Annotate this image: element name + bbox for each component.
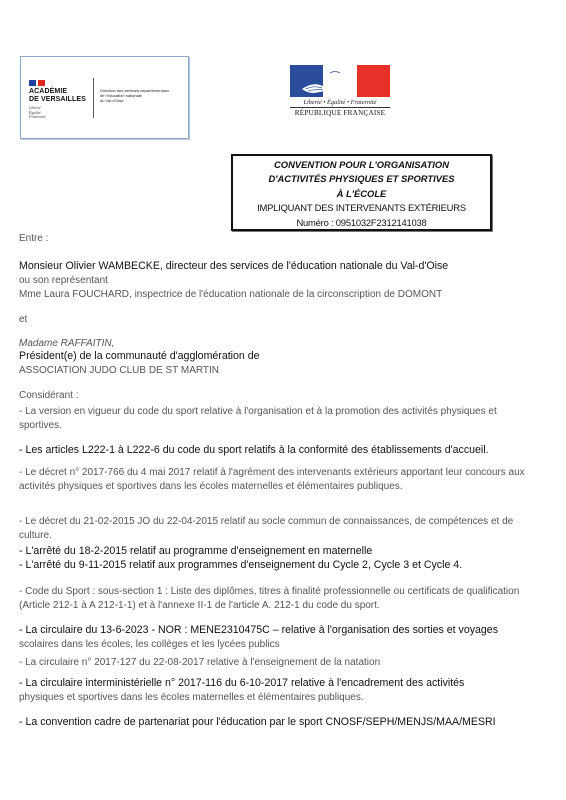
title-line: À L'ÉCOLE [233, 187, 490, 201]
academie-versailles-logo: ACADÉMIE DE VERSAILLES Liberté Égalité F… [20, 56, 189, 139]
french-flag-icon [29, 80, 45, 86]
et-label: et [19, 313, 549, 327]
republique-motto: Liberté • Égalité • Fraternité [290, 99, 390, 108]
party2-role: Président(e) de la communauté d'agglomér… [19, 350, 549, 364]
considerant-item: - Le décret du 21-02-2015 JO du 22-04-20… [19, 515, 539, 542]
considerant-item: - La circulaire interministérielle n° 20… [19, 677, 549, 691]
considerant-item: - La convention cadre de partenariat pou… [19, 716, 549, 730]
considerant-label: Considérant : [19, 389, 549, 403]
republique-francaise-logo: Liberté • Égalité • Fraternité RÉPUBLIQU… [290, 65, 392, 125]
logo-divider [93, 78, 94, 118]
considerant-item: - L'arrêté du 18-2-2015 relatif au progr… [19, 545, 549, 559]
academie-name: ACADÉMIE DE VERSAILLES [29, 88, 86, 104]
considerant-item: - Les articles L222-1 à L222-6 du code d… [19, 444, 549, 458]
party1-representative: Mme Laura FOUCHARD, inspectrice de l'édu… [19, 288, 549, 302]
considerant-item-continuation: scolaires dans les écoles, les collèges … [19, 638, 549, 652]
considerant-item: - La circulaire du 13-6-2023 - NOR : MEN… [19, 624, 549, 638]
considerant-item-continuation: physiques et sportives dans les écoles m… [19, 691, 549, 705]
party1-or: ou son représentant [19, 274, 549, 288]
party2-name: Madame RAFFAITIN, [19, 337, 549, 351]
considerant-item: - La circulaire n° 2017-127 du 22-08-201… [19, 656, 549, 670]
considerant-item: - La version en vigueur du code du sport… [19, 405, 539, 432]
considerant-item: - L'arrêté du 9-11-2015 relatif aux prog… [19, 559, 549, 573]
convention-number: Numéro : 0951032F2312141038 [233, 216, 490, 230]
title-line: CONVENTION POUR L'ORGANISATION [233, 158, 490, 172]
title-subline: IMPLIQUANT DES INTERVENANTS EXTÉRIEURS [233, 201, 490, 215]
marianne-icon [290, 65, 390, 97]
considerant-item: - Le décret n° 2017-766 du 4 mai 2017 re… [19, 466, 539, 493]
party1-name: Monsieur Olivier WAMBECKE, directeur des… [19, 260, 549, 274]
considerant-item: - Code du Sport : sous-section 1 : Liste… [19, 585, 539, 612]
entre-label: Entre : [19, 232, 549, 246]
title-line: D'ACTIVITÉS PHYSIQUES ET SPORTIVES [233, 172, 490, 186]
republique-name: RÉPUBLIQUE FRANÇAISE [290, 109, 390, 117]
academie-motto: Liberté Égalité Fraternité [29, 106, 45, 120]
direction-label: Direction des services départementaux de… [100, 88, 185, 103]
party2-organization: ASSOCIATION JUDO CLUB DE ST MARTIN [19, 364, 549, 378]
convention-title-box: CONVENTION POUR L'ORGANISATION D'ACTIVIT… [231, 154, 492, 231]
